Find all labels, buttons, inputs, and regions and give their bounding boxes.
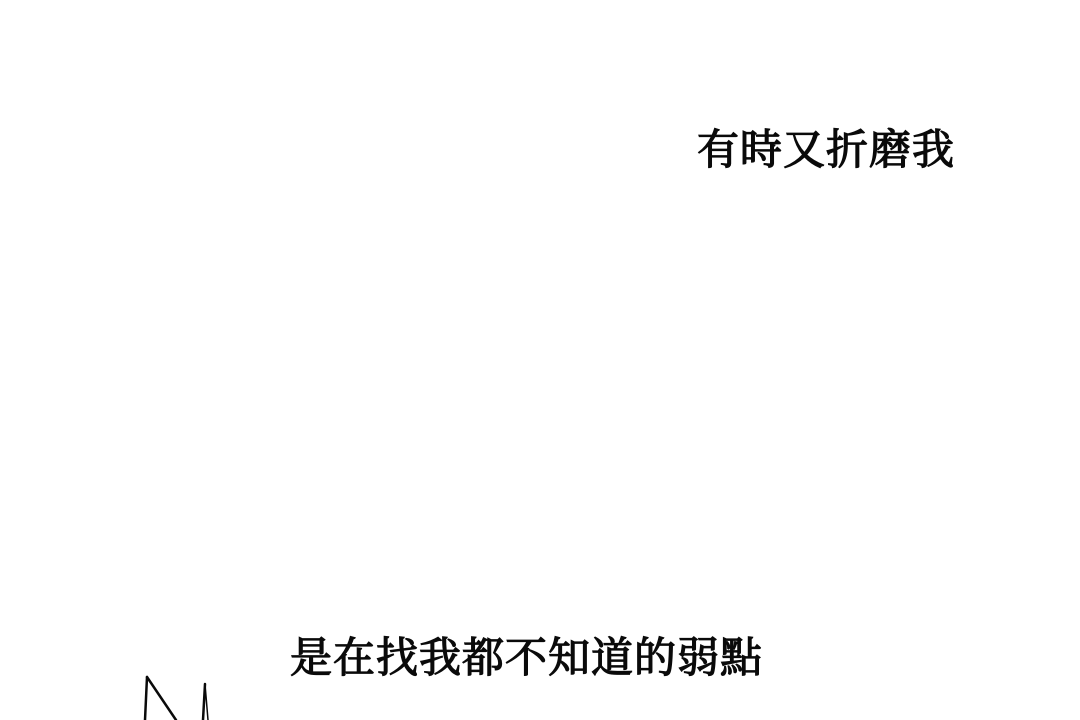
caption-top: 有時又折磨我 (697, 129, 955, 171)
caption-bottom: 是在找我都不知道的弱點 (290, 637, 763, 679)
sketch-lines-icon (130, 670, 230, 720)
comic-panel: 有時又折磨我 是在找我都不知道的弱點 (0, 0, 1080, 720)
